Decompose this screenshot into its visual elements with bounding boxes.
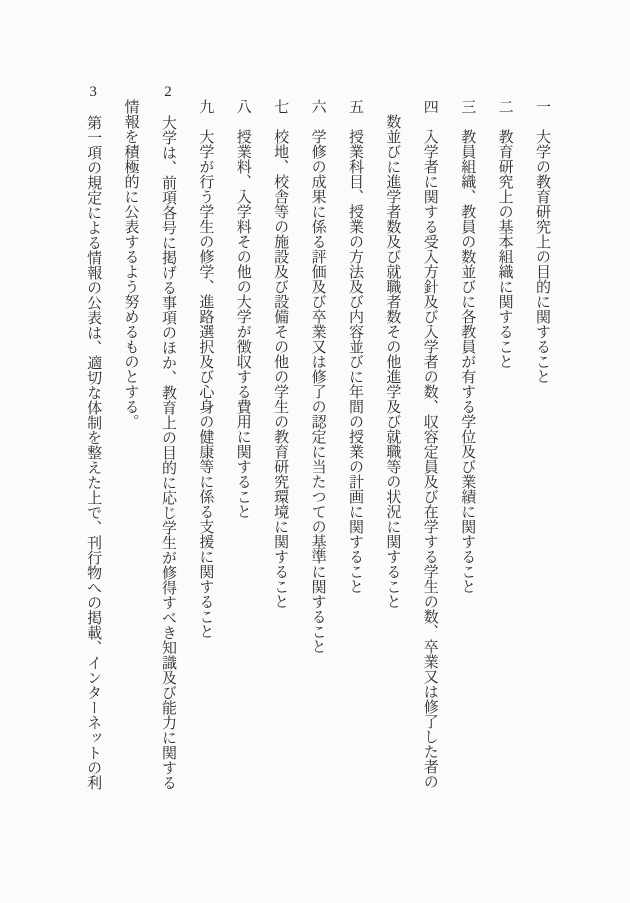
text-column: 五授業科目、授業の方法及び内容並びに年間の授業の計画に関すること bbox=[336, 84, 373, 796]
paragraph: 2大学は、前項各号に掲げる事項のほか、教育上の目的に応じ学生が修得すべき知識及び… bbox=[111, 84, 186, 796]
item-number: 九 bbox=[197, 99, 213, 114]
text-column: 六学修の成果に係る評価及び卒業又は修了の認定に当たつての基準に関すること bbox=[298, 84, 335, 796]
text-column: 数並びに進学者数及び就職者数その他進学及び就職等の状況に関すること bbox=[373, 84, 410, 796]
item-number: 一 bbox=[534, 99, 550, 114]
list-item: 一大学の教育研究上の目的に関すること bbox=[523, 84, 560, 796]
text-column: 七校地、校舎等の施設及び設備その他の学生の教育研究環境に関すること bbox=[261, 84, 298, 796]
item-number: 3 bbox=[85, 84, 101, 100]
list-item: 二教育研究上の基本組織に関すること bbox=[485, 84, 522, 796]
item-number: 七 bbox=[272, 99, 288, 114]
list-item: 七校地、校舎等の施設及び設備その他の学生の教育研究環境に関すること bbox=[261, 84, 298, 796]
list-item: 九大学が行う学生の修学、進路選択及び心身の健康等に係る支援に関すること bbox=[186, 84, 223, 796]
list-item: 八授業料、入学料その他の大学が徴収する費用に関すること bbox=[223, 84, 260, 796]
list-item: 三教員組織、教員の数並びに各教員が有する学位及び業績に関すること bbox=[448, 84, 485, 796]
item-number: 八 bbox=[235, 99, 251, 114]
item-text: 入学者に関する受入方針及び入学者の数、収容定員及び在学する学生の数、卒業又は修了… bbox=[422, 129, 438, 789]
item-text: 校地、校舎等の施設及び設備その他の学生の教育研究環境に関すること bbox=[272, 129, 288, 609]
item-number: 2 bbox=[160, 84, 176, 100]
text-column: 四入学者に関する受入方針及び入学者の数、収容定員及び在学する学生の数、卒業又は修… bbox=[410, 84, 447, 796]
text-column: 一大学の教育研究上の目的に関すること bbox=[523, 84, 560, 796]
text-column: 3第一項の規定による情報の公表は、適切な体制を整えた上で、刊行物への掲載、インタ… bbox=[74, 84, 111, 796]
item-number: 六 bbox=[310, 99, 326, 114]
text-column: 九大学が行う学生の修学、進路選択及び心身の健康等に係る支援に関すること bbox=[186, 84, 223, 796]
item-number: 四 bbox=[422, 99, 438, 114]
text-column: 三教員組織、教員の数並びに各教員が有する学位及び業績に関すること bbox=[448, 84, 485, 796]
item-text: 教育研究上の基本組織に関すること bbox=[497, 129, 513, 369]
item-text: 数並びに進学者数及び就職者数その他進学及び就職等の状況に関すること bbox=[384, 114, 400, 609]
text-column: 情報を積極的に公表するよう努めるものとする。 bbox=[111, 84, 148, 796]
item-text: 授業科目、授業の方法及び内容並びに年間の授業の計画に関すること bbox=[347, 129, 363, 594]
item-number: 五 bbox=[347, 99, 363, 114]
paragraph: 3第一項の規定による情報の公表は、適切な体制を整えた上で、刊行物への掲載、インタ… bbox=[74, 84, 111, 796]
text-column: 二教育研究上の基本組織に関すること bbox=[485, 84, 522, 796]
item-text: 大学が行う学生の修学、進路選択及び心身の健康等に係る支援に関すること bbox=[197, 129, 213, 639]
item-number: 二 bbox=[497, 99, 513, 114]
item-text: 情報を積極的に公表するよう努めるものとする。 bbox=[123, 99, 139, 429]
item-text: 第一項の規定による情報の公表は、適切な体制を整えた上で、刊行物への掲載、インター… bbox=[85, 115, 101, 790]
legal-text-block: 一大学の教育研究上の目的に関すること二教育研究上の基本組織に関すること三教員組織… bbox=[74, 84, 560, 796]
item-text: 大学は、前項各号に掲げる事項のほか、教育上の目的に応じ学生が修得すべき知識及び能… bbox=[160, 115, 176, 790]
item-number: 三 bbox=[459, 99, 475, 114]
list-item: 六学修の成果に係る評価及び卒業又は修了の認定に当たつての基準に関すること bbox=[298, 84, 335, 796]
text-column: 2大学は、前項各号に掲げる事項のほか、教育上の目的に応じ学生が修得すべき知識及び… bbox=[149, 84, 186, 796]
item-text: 教員組織、教員の数並びに各教員が有する学位及び業績に関すること bbox=[459, 129, 475, 594]
text-column: 八授業料、入学料その他の大学が徴収する費用に関すること bbox=[223, 84, 260, 796]
list-item: 五授業科目、授業の方法及び内容並びに年間の授業の計画に関すること bbox=[336, 84, 373, 796]
document-page: 一大学の教育研究上の目的に関すること二教育研究上の基本組織に関すること三教員組織… bbox=[0, 0, 630, 903]
list-item: 四入学者に関する受入方針及び入学者の数、収容定員及び在学する学生の数、卒業又は修… bbox=[373, 84, 448, 796]
item-text: 学修の成果に係る評価及び卒業又は修了の認定に当たつての基準に関すること bbox=[310, 129, 326, 654]
item-text: 大学の教育研究上の目的に関すること bbox=[534, 129, 550, 384]
item-text: 授業料、入学料その他の大学が徴収する費用に関すること bbox=[235, 129, 251, 519]
